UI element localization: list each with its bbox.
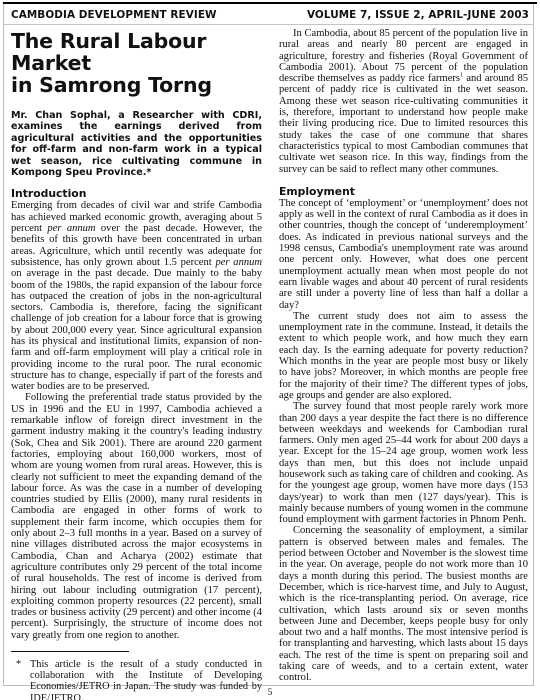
header-divider [3,24,534,25]
footnote-divider [11,651,129,652]
employment-paragraph-1: The concept of ‘employment’ or ‘unemploy… [279,198,528,311]
left-column: The Rural Labour Market in Samrong Torng… [11,30,262,700]
right-column: In Cambodia, about 85 percent of the pop… [279,28,528,684]
intro-paragraph-1: Emerging from decades of civil war and s… [11,200,262,392]
standfirst: Mr. Chan Sophal, a Researcher with CDRI,… [11,110,262,178]
title-line-2: in Samrong Torng [11,73,212,97]
employment-paragraph-2: The current study does not aim to assess… [279,311,528,401]
page-number: 5 [0,688,540,698]
title-line-1: The Rural Labour Market [11,29,206,75]
journal-name: CAMBODIA DEVELOPMENT REVIEW [11,9,217,21]
intro-paragraph-3: In Cambodia, about 85 percent of the pop… [279,28,528,175]
running-header: CAMBODIA DEVELOPMENT REVIEW VOLUME 7, IS… [11,8,529,22]
section-heading-introduction: Introduction [11,188,262,200]
employment-paragraph-3: The survey found that most people rarely… [279,401,528,525]
journal-page: CAMBODIA DEVELOPMENT REVIEW VOLUME 7, IS… [0,0,540,700]
employment-paragraph-4: Concerning the seasonality of employment… [279,525,528,683]
section-heading-employment: Employment [279,186,528,198]
intro-paragraph-2: Following the preferential trade status … [11,392,262,641]
article-title: The Rural Labour Market in Samrong Torng [11,30,262,96]
issue-info: VOLUME 7, ISSUE 2, APRIL-JUNE 2003 [307,9,529,21]
